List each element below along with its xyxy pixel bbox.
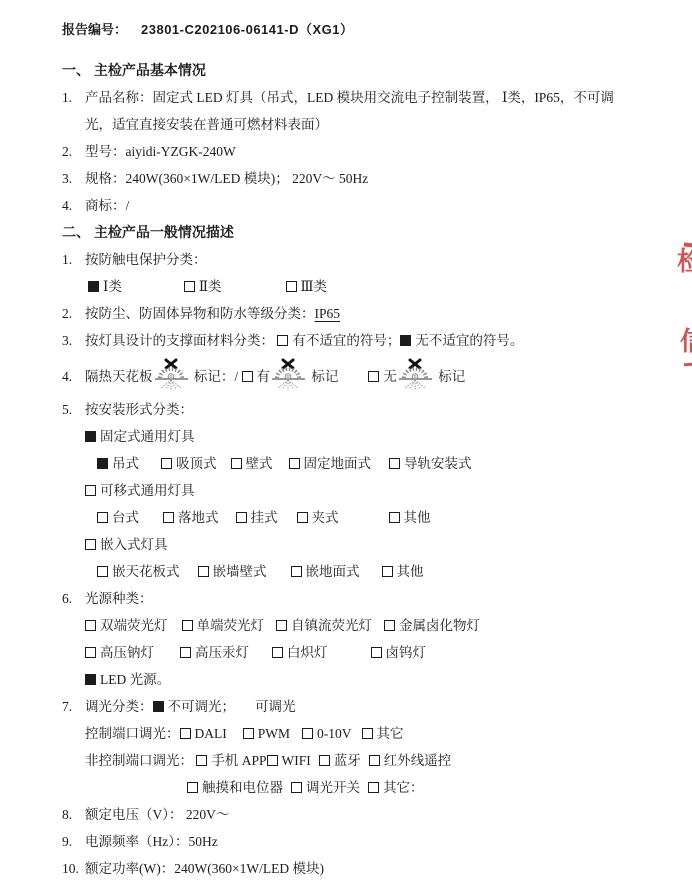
- checkbox-option: WIFI: [267, 753, 311, 768]
- checkbox-empty-icon: [291, 566, 302, 577]
- checkbox-label: 单端荧光灯: [197, 618, 265, 633]
- item-number: 8.: [62, 801, 85, 828]
- checkbox-label: 挂式: [251, 510, 278, 525]
- text: 按安装形式分类：: [85, 402, 193, 417]
- checkbox-option: 吸顶式: [161, 456, 217, 471]
- checkbox-label: 有: [257, 369, 271, 384]
- item-number: 2.: [62, 300, 85, 327]
- checkbox-label: 自镇流荧光灯: [291, 618, 372, 633]
- item-number: 3.: [62, 327, 85, 354]
- dimming-non-control-port: 非控制端口调光： 手机 APPWIFI蓝牙红外线遥控: [0, 747, 692, 774]
- no-insulation-cover-symbol-icon: [272, 358, 306, 390]
- checkbox-empty-icon: [180, 728, 191, 739]
- checkbox-label: 无: [383, 369, 397, 384]
- checkbox-option: 其它：: [368, 780, 424, 795]
- checkbox-option: 落地式: [163, 510, 219, 525]
- text: 按防尘、防固体异物和防水等级分类：: [85, 306, 315, 321]
- text: 光，适宜直接安装在普通可燃材料表面）: [85, 117, 328, 132]
- dimming-control-port: 控制端口调光：DALIPWM0-10V其它: [0, 720, 692, 747]
- checkbox-label: 固定式通用灯具: [100, 429, 195, 444]
- checkbox-option: 固定式通用灯具: [85, 429, 195, 444]
- checkbox-option: 挂式: [236, 510, 278, 525]
- checkbox-empty-icon: [389, 512, 400, 523]
- checkbox-option: 红外线遥控: [369, 753, 452, 768]
- item-rated-power: 10.额定功率(W)：240W(360×1W/LED 模块): [0, 855, 692, 882]
- checkbox-option: LED 光源。: [85, 672, 170, 687]
- text: 标记: [308, 369, 338, 384]
- text: 标记: [435, 369, 465, 384]
- mounting-recessed-options: 嵌天花板式嵌墙壁式嵌地面式其他: [0, 558, 692, 585]
- item-number: 7.: [62, 693, 85, 720]
- mounting-portable-general: 可移式通用灯具: [0, 477, 692, 504]
- text: 产品名称：固定式 LED 灯具（吊式，LED 模块用交流电子控制装置， Ⅰ类，I…: [85, 90, 614, 105]
- red-stamp-fragment-bar-bottom: [684, 363, 692, 367]
- checkbox-label: 嵌天花板式: [112, 564, 180, 579]
- shock-protection-options: Ⅰ类Ⅱ类Ⅲ类: [0, 273, 692, 300]
- checkbox-option: 有: [242, 369, 271, 384]
- checkbox-option: 自镇流荧光灯: [276, 618, 372, 633]
- item-number: 1.: [62, 246, 85, 273]
- item-product-name-cont: 光，适宜直接安装在普通可燃材料表面）: [0, 111, 692, 138]
- checkbox-empty-icon: [182, 620, 193, 631]
- text: 电源频率（Hz）：50Hz: [85, 834, 218, 849]
- checkbox-label: 嵌墙壁式: [213, 564, 267, 579]
- underlined-value: IP65: [315, 306, 341, 321]
- checkbox-filled-icon: [85, 431, 96, 442]
- checkbox-label: 导轨安装式: [404, 456, 472, 471]
- checkbox-empty-icon: [85, 485, 96, 496]
- checkbox-empty-icon: [85, 647, 96, 658]
- checkbox-option: 高压汞灯: [180, 645, 249, 660]
- checkbox-empty-icon: [291, 782, 302, 793]
- text: 隔热天花板: [85, 369, 153, 384]
- red-stamp-fragment-char-1: 检: [677, 248, 692, 274]
- checkbox-option: 固定地面式: [289, 456, 372, 471]
- text: 可调光: [255, 699, 296, 714]
- item-product-name: 1.产品名称：固定式 LED 灯具（吊式，LED 模块用交流电子控制装置， Ⅰ类…: [0, 84, 692, 111]
- checkbox-empty-icon: [85, 620, 96, 631]
- checkbox-option: 手机 APP: [196, 753, 266, 768]
- checkbox-label: 高压钠灯: [100, 645, 154, 660]
- item-rated-voltage: 8.额定电压（V）： 220V～: [0, 801, 692, 828]
- checkbox-empty-icon: [384, 620, 395, 631]
- checkbox-option: Ⅰ类: [88, 279, 122, 294]
- checkbox-option: 不可调光；: [153, 699, 236, 714]
- checkbox-empty-icon: [243, 728, 254, 739]
- report-number-label: 报告编号：: [62, 22, 127, 37]
- checkbox-label: 红外线遥控: [384, 753, 452, 768]
- checkbox-empty-icon: [371, 647, 382, 658]
- checkbox-empty-icon: [289, 458, 300, 469]
- checkbox-option: 调光开关: [291, 780, 360, 795]
- no-insulation-cover-symbol-icon: [155, 358, 189, 390]
- item-number: 1.: [62, 84, 85, 111]
- item-number: 2.: [62, 138, 85, 165]
- checkbox-empty-icon: [196, 755, 207, 766]
- checkbox-option: 单端荧光灯: [182, 618, 265, 633]
- checkbox-label: 无不适宜的符号。: [415, 333, 523, 348]
- checkbox-option: 吊式: [97, 456, 139, 471]
- checkbox-option: 触摸和电位器: [187, 780, 283, 795]
- checkbox-option: 双端荧光灯: [85, 618, 168, 633]
- item-light-source: 6.光源种类：: [0, 585, 692, 612]
- checkbox-option: 蓝牙: [319, 753, 361, 768]
- checkbox-label: 高压汞灯: [195, 645, 249, 660]
- checkbox-option: DALI: [180, 726, 227, 741]
- checkbox-empty-icon: [389, 458, 400, 469]
- no-insulation-cover-symbol-icon: [399, 358, 433, 390]
- checkbox-label: 有不适宜的符号；: [292, 333, 400, 348]
- checkbox-label: 其他: [397, 564, 424, 579]
- checkbox-empty-icon: [161, 458, 172, 469]
- item-number: 5.: [62, 396, 85, 423]
- checkbox-label: 其它: [377, 726, 404, 741]
- checkbox-label: LED 光源。: [100, 672, 170, 687]
- checkbox-option: 金属卤化物灯: [384, 618, 480, 633]
- checkbox-option: 高压钠灯: [85, 645, 154, 660]
- checkbox-label: 触摸和电位器: [202, 780, 283, 795]
- checkbox-option: 嵌墙壁式: [198, 564, 267, 579]
- item-ip-rating: 2.按防尘、防固体异物和防水等级分类：IP65: [0, 300, 692, 327]
- checkbox-label: 吸顶式: [176, 456, 217, 471]
- text: 非控制端口调光：: [85, 753, 196, 768]
- checkbox-empty-icon: [267, 755, 278, 766]
- checkbox-empty-icon: [368, 782, 379, 793]
- checkbox-option: 台式: [97, 510, 139, 525]
- checkbox-empty-icon: [236, 512, 247, 523]
- checkbox-label: WIFI: [282, 753, 311, 768]
- checkbox-empty-icon: [272, 647, 283, 658]
- checkbox-empty-icon: [97, 566, 108, 577]
- item-surface-material: 3.按灯具设计的支撑面材料分类： 有不适宜的符号；无不适宜的符号。: [0, 327, 692, 354]
- item-model: 2.型号：aiyidi-YZGK-240W: [0, 138, 692, 165]
- checkbox-label: 手机 APP: [211, 753, 266, 768]
- checkbox-label: 嵌入式灯具: [100, 537, 168, 552]
- item-number: 4.: [62, 192, 85, 219]
- checkbox-option: PWM: [243, 726, 290, 741]
- checkbox-empty-icon: [198, 566, 209, 577]
- checkbox-option: Ⅱ类: [184, 279, 222, 294]
- checkbox-filled-icon: [97, 458, 108, 469]
- checkbox-label: 调光开关: [306, 780, 360, 795]
- checkbox-filled-icon: [400, 335, 411, 346]
- checkbox-empty-icon: [163, 512, 174, 523]
- checkbox-empty-icon: [184, 281, 195, 292]
- item-trademark: 4.商标：/: [0, 192, 692, 219]
- checkbox-empty-icon: [85, 539, 96, 550]
- section-heading-1: 一、 主检产品基本情况: [0, 57, 692, 84]
- checkbox-empty-icon: [242, 371, 253, 382]
- text: 按灯具设计的支撑面材料分类：: [85, 333, 277, 348]
- item-mounting-type: 5.按安装形式分类：: [0, 396, 692, 423]
- checkbox-label: 台式: [112, 510, 139, 525]
- mounting-fixed-general: 固定式通用灯具: [0, 423, 692, 450]
- text: 型号：aiyidi-YZGK-240W: [85, 144, 236, 159]
- checkbox-empty-icon: [302, 728, 313, 739]
- checkbox-label: 不可调光；: [168, 699, 236, 714]
- checkbox-option: 无不适宜的符号。: [400, 333, 523, 348]
- checkbox-label: 可移式通用灯具: [100, 483, 195, 498]
- checkbox-option: 白炽灯: [272, 645, 328, 660]
- checkbox-option: 其他: [389, 510, 431, 525]
- checkbox-empty-icon: [382, 566, 393, 577]
- section-heading-2: 二、 主检产品一般情况描述: [0, 219, 692, 246]
- checkbox-label: 壁式: [246, 456, 273, 471]
- checkbox-empty-icon: [286, 281, 297, 292]
- report-number-line: 报告编号：23801-C202106-06141-D（XG1）: [0, 16, 692, 43]
- text: 二、 主检产品一般情况描述: [62, 224, 234, 240]
- checkbox-label: 金属卤化物灯: [399, 618, 480, 633]
- checkbox-label: 白炽灯: [287, 645, 328, 660]
- checkbox-filled-icon: [85, 674, 96, 685]
- checkbox-option: 卤钨灯: [371, 645, 427, 660]
- checkbox-option: 夹式: [297, 510, 339, 525]
- checkbox-empty-icon: [180, 647, 191, 658]
- item-number: 4.: [62, 359, 85, 395]
- checkbox-empty-icon: [276, 620, 287, 631]
- checkbox-option: 其他: [382, 564, 424, 579]
- checkbox-label: Ⅲ类: [301, 279, 328, 294]
- checkbox-option: 嵌天花板式: [97, 564, 180, 579]
- checkbox-option: 壁式: [231, 456, 273, 471]
- checkbox-label: 蓝牙: [334, 753, 361, 768]
- checkbox-option: 有不适宜的符号；: [277, 333, 400, 348]
- text: 光源种类：: [85, 591, 153, 606]
- item-shock-protection: 1.按防触电保护分类：: [0, 246, 692, 273]
- checkbox-option: 0-10V: [302, 726, 352, 741]
- checkbox-empty-icon: [187, 782, 198, 793]
- checkbox-empty-icon: [297, 512, 308, 523]
- item-insulated-ceiling-mark: 4.隔热天花板 标记：/ 有: [0, 358, 692, 394]
- item-number: 6.: [62, 585, 85, 612]
- checkbox-option: 可移式通用灯具: [85, 483, 195, 498]
- text: 控制端口调光：: [85, 726, 180, 741]
- checkbox-label: 落地式: [178, 510, 219, 525]
- checkbox-label: Ⅰ类: [103, 279, 122, 294]
- text: 额定功率(W)：240W(360×1W/LED 模块): [85, 861, 324, 876]
- checkbox-label: 卤钨灯: [386, 645, 427, 660]
- text: 规格：240W(360×1W/LED 模块)； 220V～ 50Hz: [85, 171, 368, 186]
- red-stamp-fragment-char-2: 信: [680, 328, 692, 354]
- text: 一、 主检产品基本情况: [62, 62, 206, 78]
- text: 标记：/: [191, 369, 242, 384]
- mounting-portable-options: 台式落地式挂式夹式其他: [0, 504, 692, 531]
- dimming-non-control-port-2: 触摸和电位器调光开关其它：: [0, 774, 692, 801]
- mounting-recessed: 嵌入式灯具: [0, 531, 692, 558]
- item-dimming: 7.调光分类：不可调光；可调光: [0, 693, 692, 720]
- checkbox-option: 导轨安装式: [389, 456, 472, 471]
- text: 按防触电保护分类：: [85, 252, 207, 267]
- item-spec: 3.规格：240W(360×1W/LED 模块)； 220V～ 50Hz: [0, 165, 692, 192]
- light-source-row-1: 双端荧光灯单端荧光灯自镇流荧光灯金属卤化物灯: [0, 612, 692, 639]
- item-number: 9.: [62, 828, 85, 855]
- checkbox-label: 嵌地面式: [306, 564, 360, 579]
- checkbox-empty-icon: [368, 371, 379, 382]
- checkbox-option: 无: [368, 369, 397, 384]
- checkbox-option: 嵌地面式: [291, 564, 360, 579]
- checkbox-option: Ⅲ类: [286, 279, 328, 294]
- checkbox-label: 其它：: [383, 780, 424, 795]
- checkbox-option: 其它: [362, 726, 404, 741]
- item-supply-frequency: 9.电源频率（Hz）：50Hz: [0, 828, 692, 855]
- text: 调光分类：: [85, 699, 153, 714]
- checkbox-filled-icon: [88, 281, 99, 292]
- checkbox-label: DALI: [195, 726, 227, 741]
- checkbox-empty-icon: [231, 458, 242, 469]
- checkbox-empty-icon: [97, 512, 108, 523]
- report-number-value: 23801-C202106-06141-D（XG1）: [141, 22, 353, 37]
- checkbox-empty-icon: [362, 728, 373, 739]
- document-body: 一、 主检产品基本情况1.产品名称：固定式 LED 灯具（吊式，LED 模块用交…: [0, 57, 692, 882]
- checkbox-empty-icon: [277, 335, 288, 346]
- text: 商标：/: [85, 198, 129, 213]
- checkbox-label: 0-10V: [317, 726, 352, 741]
- checkbox-label: PWM: [258, 726, 290, 741]
- checkbox-label: Ⅱ类: [199, 279, 222, 294]
- light-source-row-3: LED 光源。: [0, 666, 692, 693]
- mounting-fixed-options: 吊式吸顶式壁式固定地面式导轨安装式: [0, 450, 692, 477]
- checkbox-empty-icon: [369, 755, 380, 766]
- checkbox-label: 固定地面式: [304, 456, 372, 471]
- checkbox-filled-icon: [153, 701, 164, 712]
- document-page: 报告编号：23801-C202106-06141-D（XG1） 一、 主检产品基…: [0, 0, 692, 891]
- checkbox-empty-icon: [319, 755, 330, 766]
- checkbox-label: 夹式: [312, 510, 339, 525]
- item-number: 3.: [62, 165, 85, 192]
- checkbox-label: 双端荧光灯: [100, 618, 168, 633]
- text: 额定电压（V）： 220V～: [85, 807, 229, 822]
- checkbox-option: 嵌入式灯具: [85, 537, 168, 552]
- light-source-row-2: 高压钠灯高压汞灯白炽灯卤钨灯: [0, 639, 692, 666]
- checkbox-label: 吊式: [112, 456, 139, 471]
- item-number: 10.: [62, 855, 85, 882]
- checkbox-label: 其他: [404, 510, 431, 525]
